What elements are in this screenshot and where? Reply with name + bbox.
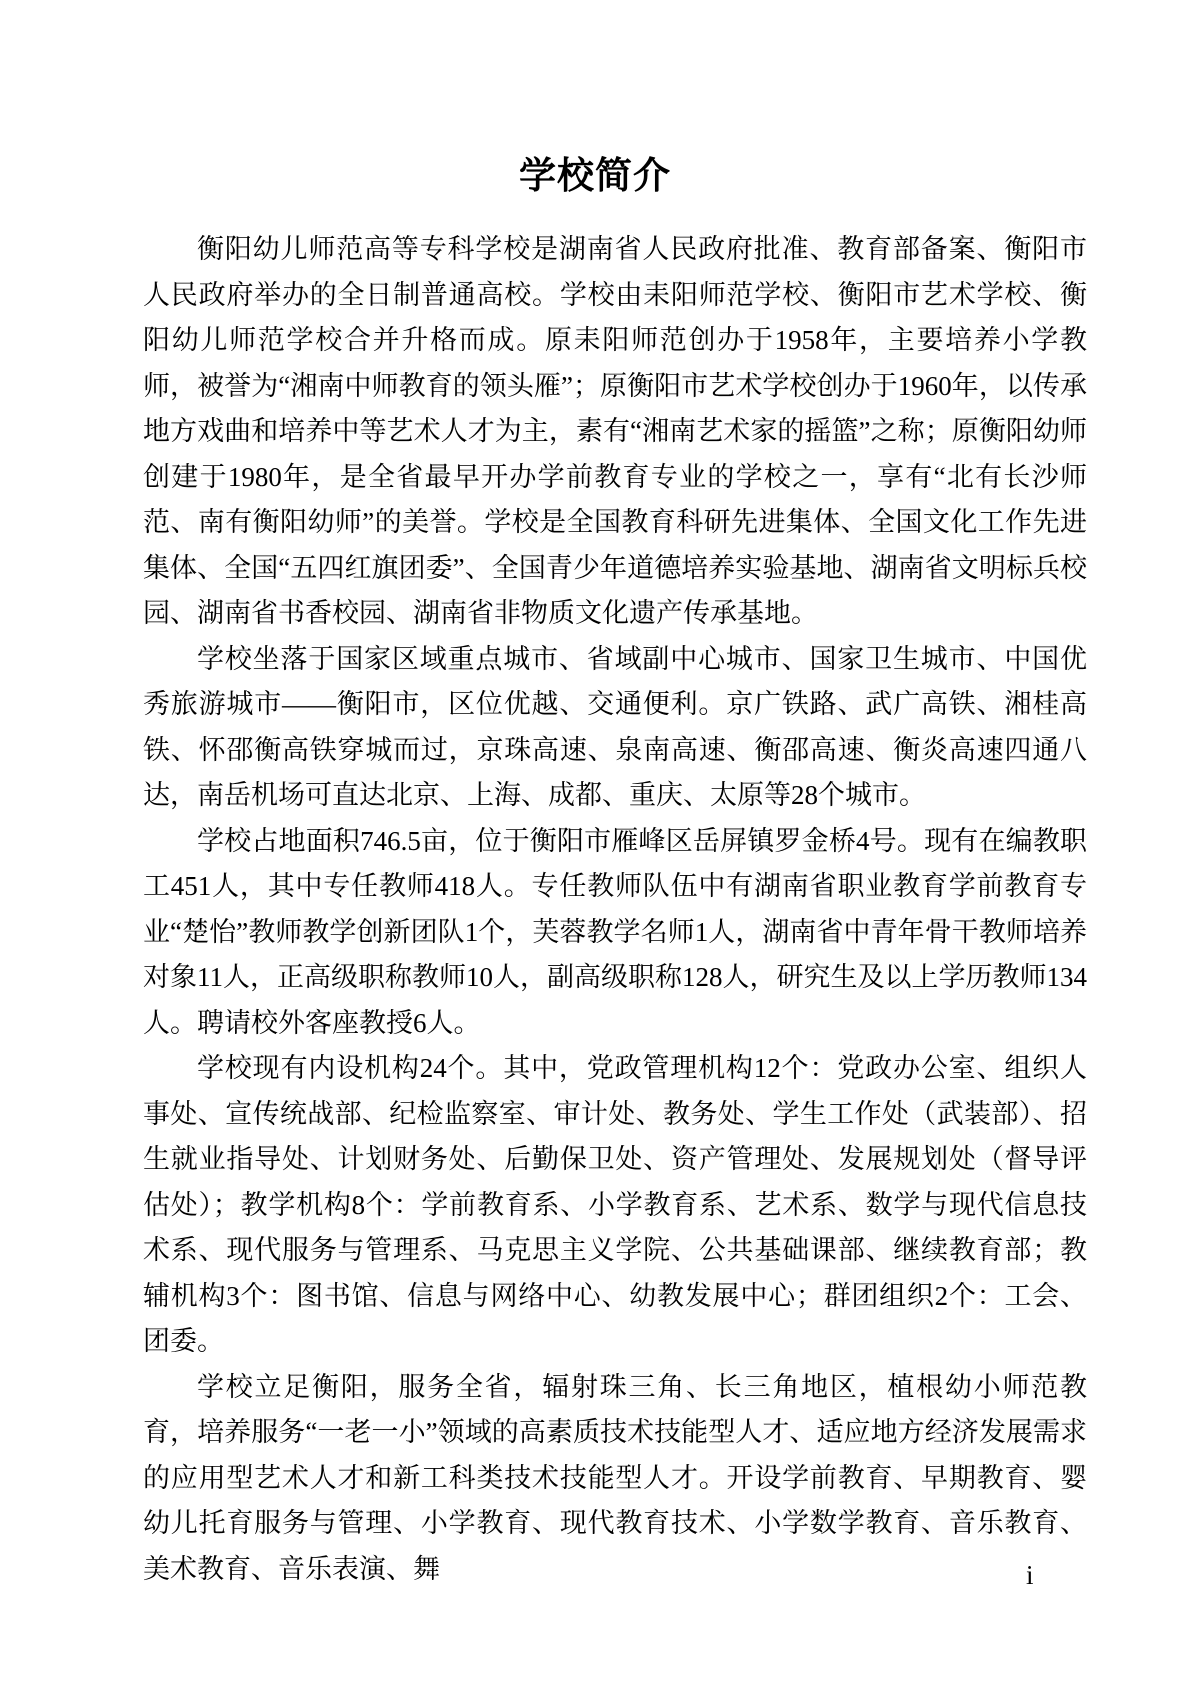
document-page: 学校简介 衡阳幼儿师范高等专科学校是湖南省人民政府批准、教育部备案、衡阳市人民政… xyxy=(0,0,1190,1684)
document-body: 衡阳幼儿师范高等专科学校是湖南省人民政府批准、教育部备案、衡阳市人民政府举办的全… xyxy=(143,227,1087,1592)
paragraph-location-transport: 学校坐落于国家区域重点城市、省域副中心城市、国家卫生城市、中国优秀旅游城市——衡… xyxy=(143,637,1087,819)
page-title: 学校简介 xyxy=(0,155,1190,197)
page-number: i xyxy=(1026,1560,1034,1590)
paragraph-internal-organization: 学校现有内设机构24个。其中，党政管理机构12个：党政办公室、组织人事处、宣传统… xyxy=(143,1046,1087,1365)
paragraph-mission-majors: 学校立足衡阳，服务全省，辐射珠三角、长三角地区，植根幼小师范教育，培养服务“一老… xyxy=(143,1365,1087,1593)
paragraph-campus-faculty: 学校占地面积746.5亩，位于衡阳市雁峰区岳屏镇罗金桥4号。现有在编教职工451… xyxy=(143,819,1087,1047)
paragraph-school-overview: 衡阳幼儿师范高等专科学校是湖南省人民政府批准、教育部备案、衡阳市人民政府举办的全… xyxy=(143,227,1087,637)
